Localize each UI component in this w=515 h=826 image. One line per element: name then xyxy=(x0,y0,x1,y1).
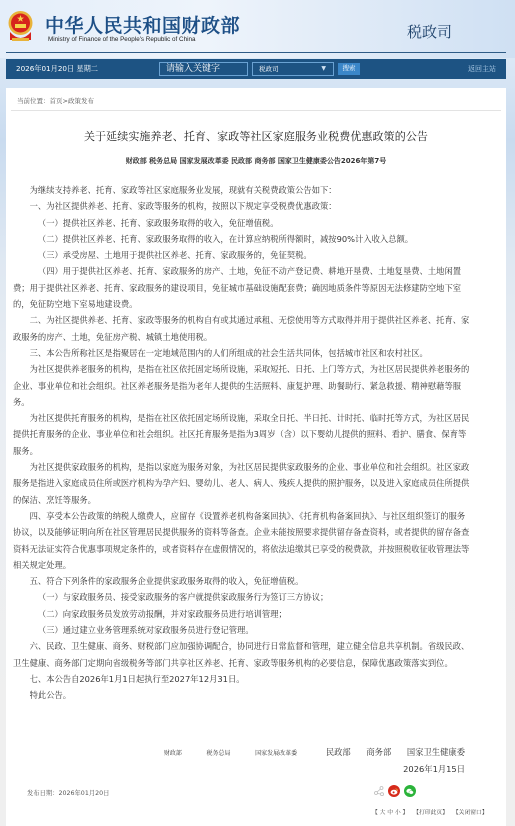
close-window-link[interactable]: 【关闭窗口】 xyxy=(453,810,488,816)
national-emblem-icon xyxy=(7,10,34,44)
breadcrumb-home[interactable]: 首页 xyxy=(50,97,63,105)
weibo-icon[interactable] xyxy=(388,785,400,797)
document-paragraph: 四、享受本公告政策的纳税人缴费人，应留存《设置养老机构备案回执》、《托育机构备案… xyxy=(13,508,473,573)
signer: 商务部 xyxy=(366,747,391,757)
document-paragraph: （一）提供社区养老、托育、家政服务取得的收入，免征增值税。 xyxy=(13,215,473,231)
breadcrumb-label: 当前位置： xyxy=(17,97,50,105)
sign-date: 2026年1月15日 xyxy=(6,763,465,775)
document-paragraph: （四）用于提供社区养老、托育、家政服务的房产、土地，免征不动产登记费、耕地开垦费… xyxy=(13,263,473,312)
signer: 税务总局 xyxy=(207,750,231,757)
search-input[interactable] xyxy=(159,62,248,76)
document-paragraph: 二、为社区提供养老、托育、家政等服务的机构自有或其通过承租、无偿使用等方式取得并… xyxy=(13,312,473,345)
share-icon[interactable] xyxy=(374,786,384,796)
breadcrumb-policy[interactable]: 政策发布 xyxy=(68,97,94,105)
breadcrumb-divider xyxy=(11,110,501,111)
document-body: 为继续支持养老、托育、家政等社区家庭服务业发展，现就有关税费政策公告如下：一、为… xyxy=(13,182,473,704)
breadcrumb: 当前位置：首页>政策发布 xyxy=(17,96,94,105)
document-paragraph: （二）提供社区养老、托育、家政服务取得的收入，在计算应纳税所得额时，减按90%计… xyxy=(13,231,473,247)
signers: 财政部 税务总局 国家发展改革委 民政部 商务部 国家卫生健康委 xyxy=(6,746,465,758)
document-title: 关于延续实施养老、托育、家政等社区家庭服务业税费优惠政策的公告 xyxy=(6,128,506,144)
signer: 国家发展改革委 xyxy=(255,750,297,757)
document-paragraph: 为继续支持养老、托育、家政等社区家庭服务业发展，现就有关税费政策公告如下： xyxy=(13,182,473,198)
return-home-link[interactable]: 返回主站 xyxy=(468,64,496,74)
signer: 民政部 xyxy=(326,747,351,757)
department-name: 税政司 xyxy=(407,21,452,42)
search-scope-value: 税政司 xyxy=(259,65,279,73)
page-tools: 【 大 中 小 】 【打印此页】 【关闭窗口】 xyxy=(372,807,491,816)
document-paragraph: 一、为社区提供养老、托育、家政等服务的机构，按照以下规定享受税费优惠政策： xyxy=(13,198,473,214)
document-paragraph: （三）通过建立业务管理系统对家政服务员进行登记管理。 xyxy=(13,622,473,638)
document-paragraph: （二）向家政服务员发放劳动报酬，并对家政服务员进行培训管理； xyxy=(13,606,473,622)
header-divider xyxy=(6,52,506,53)
search-button[interactable]: 搜索 xyxy=(338,63,360,75)
document-paragraph: 为社区提供托育服务的机构，是指在社区依托固定场所设施，采取全日托、半日托、计时托… xyxy=(13,410,473,459)
site-title-english: Ministry of Finance of the People's Repu… xyxy=(48,36,196,43)
share-bar xyxy=(374,784,416,798)
article-card: 当前位置：首页>政策发布 关于延续实施养老、托育、家政等社区家庭服务业税费优惠政… xyxy=(6,88,506,826)
print-page-link[interactable]: 【打印此页】 xyxy=(413,810,448,816)
signer: 国家卫生健康委 xyxy=(407,747,465,757)
document-paragraph: 特此公告。 xyxy=(13,687,473,703)
document-paragraph: 为社区提供家政服务的机构，是指以家庭为服务对象，为社区居民提供家政服务的企业、事… xyxy=(13,459,473,508)
document-paragraph: 五、符合下列条件的家政服务企业提供家政服务取得的收入，免征增值税。 xyxy=(13,573,473,589)
search-scope-select[interactable]: 税政司 ▼ xyxy=(252,62,334,76)
document-paragraph: 为社区提供养老服务的机构，是指在社区依托固定场所设施，采取短托、日托、上门等方式… xyxy=(13,361,473,410)
document-paragraph: （三）承受房屋、土地用于提供社区养老、托育、家政服务的，免征契税。 xyxy=(13,247,473,263)
document-paragraph: 三、本公告所称社区是指聚居在一定地域范围内的人们所组成的社会生活共同体，包括城市… xyxy=(13,345,473,361)
chevron-down-icon: ▼ xyxy=(321,63,326,75)
font-size-control[interactable]: 【 大 中 小 】 xyxy=(372,810,408,816)
publish-date: 发布日期：2026年01月20日 xyxy=(27,788,109,797)
site-header: 中华人民共和国财政部 Ministry of Finance of the Pe… xyxy=(0,0,515,58)
document-paragraph: （一）与家政服务员、接受家政服务的客户就提供家政服务行为签订三方协议； xyxy=(13,589,473,605)
top-navbar: 2026年01月20日 星期二 税政司 ▼ 搜索 返回主站 xyxy=(6,59,506,79)
document-paragraph: 六、民政、卫生健康、商务、财税部门应加强协调配合，协同进行日常监督和管理，建立健… xyxy=(13,638,473,671)
site-title[interactable]: 中华人民共和国财政部 xyxy=(45,11,240,38)
document-paragraph: 七、本公告自2026年1月1日起执行至2027年12月31日。 xyxy=(13,671,473,687)
signer: 财政部 xyxy=(164,750,182,757)
wechat-icon[interactable] xyxy=(404,785,416,797)
current-date: 2026年01月20日 星期二 xyxy=(16,64,98,74)
document-number: 财政部 税务总局 国家发展改革委 民政部 商务部 国家卫生健康委公告2026年第… xyxy=(6,156,506,166)
